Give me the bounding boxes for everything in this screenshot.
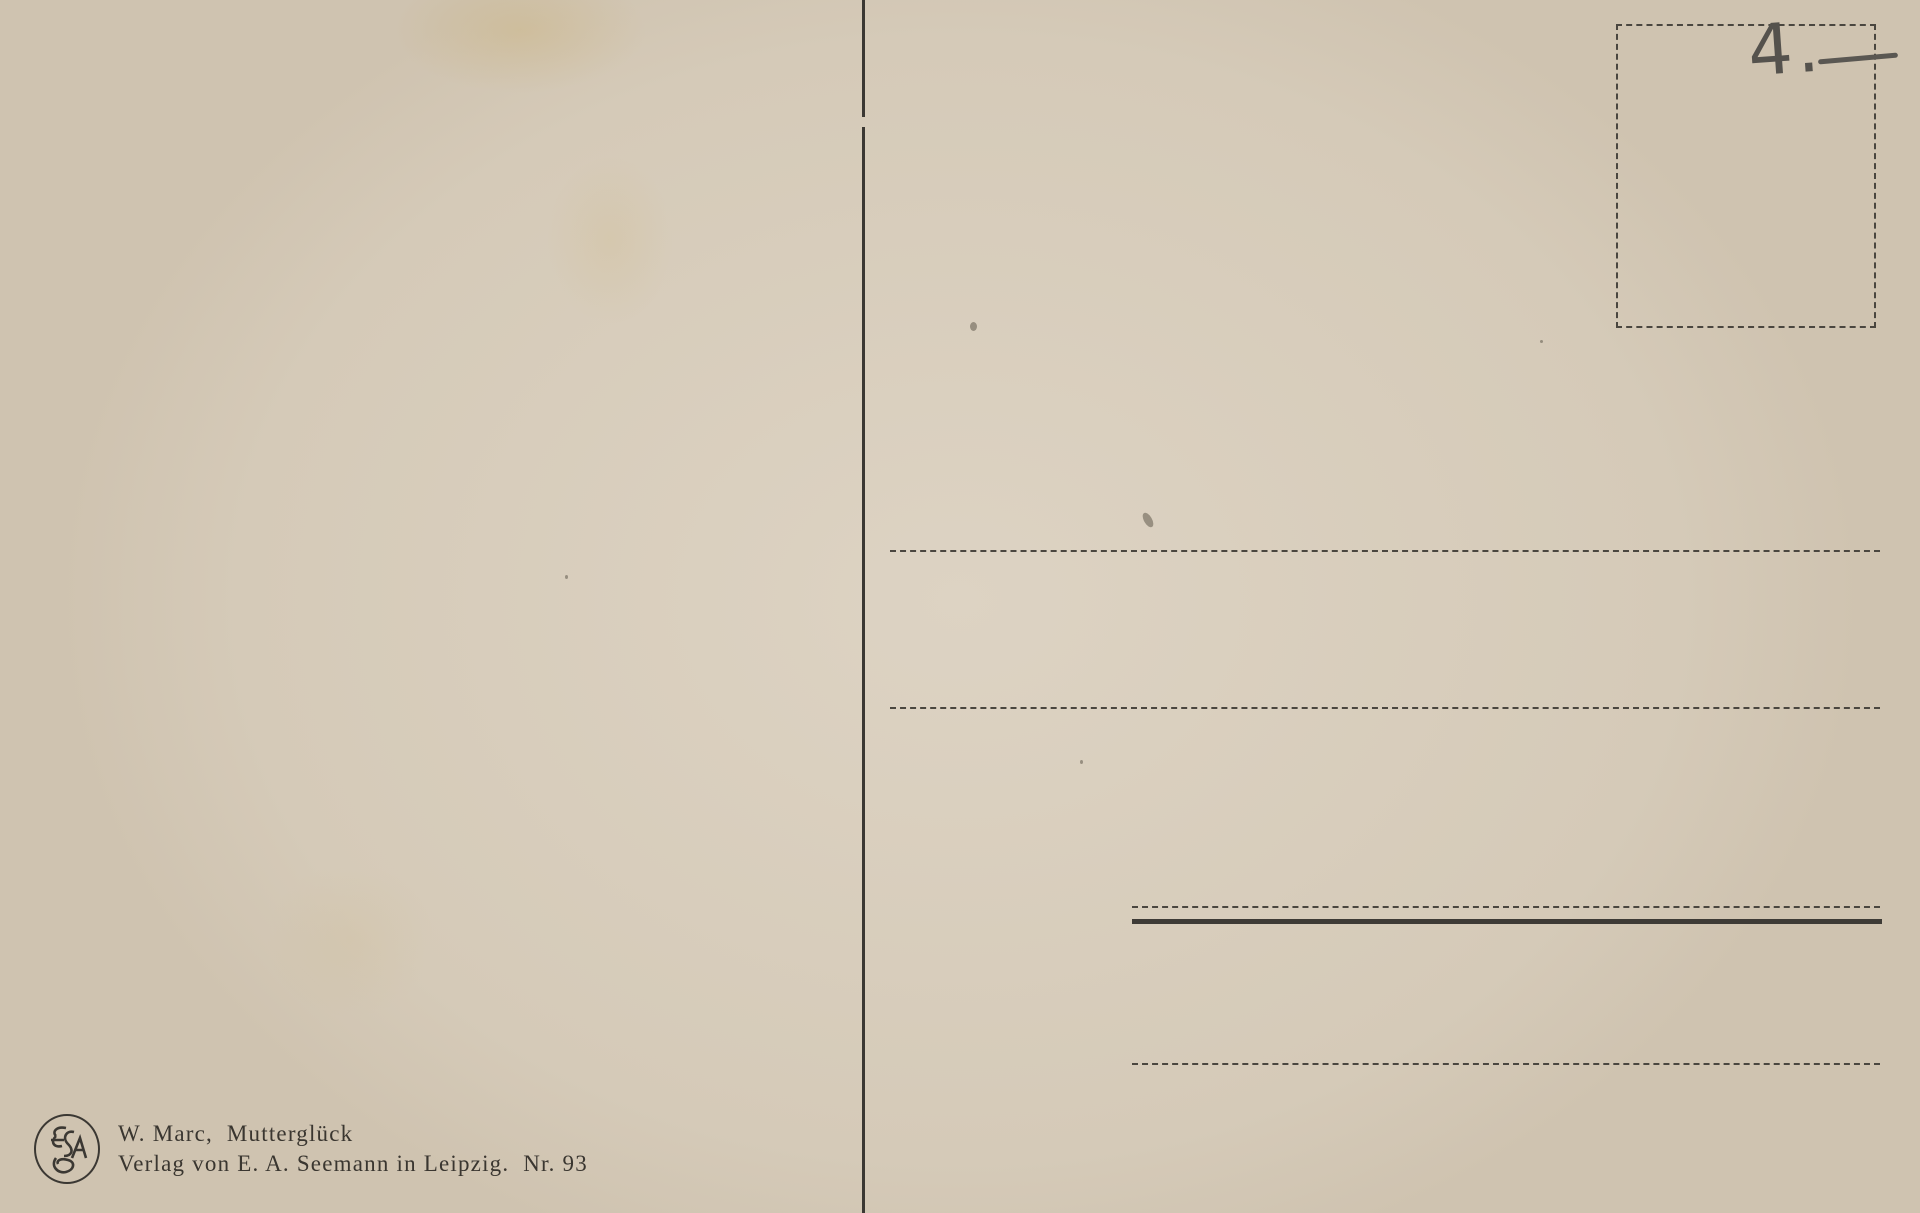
address-line-2: [890, 707, 1880, 709]
artwork-credit: W. Marc, Mutterglück: [118, 1119, 588, 1149]
address-line-4: [1132, 1063, 1880, 1065]
paper-speck: [565, 575, 568, 579]
paper-speck: [970, 322, 977, 331]
publisher-imprint: W. Marc, Mutterglück Verlag von E. A. Se…: [34, 1114, 588, 1184]
publisher-line: Verlag von E. A. Seemann in Leipzig. Nr.…: [118, 1149, 588, 1179]
center-divider: [862, 127, 865, 1213]
address-line-3: [1132, 906, 1880, 908]
paper-speck: [1540, 340, 1543, 343]
paper-speck: [1080, 760, 1083, 764]
stamp-box: [1616, 24, 1876, 328]
address-line-1: [890, 550, 1880, 552]
postcard-back: 4. W. Marc, Mutterglück: [0, 0, 1920, 1213]
center-divider: [862, 0, 865, 117]
handwritten-price: 4.: [1745, 5, 1825, 92]
address-underline-solid: [1132, 919, 1882, 924]
paper-speck: [1141, 511, 1156, 529]
seemann-logo-icon: [34, 1114, 100, 1184]
